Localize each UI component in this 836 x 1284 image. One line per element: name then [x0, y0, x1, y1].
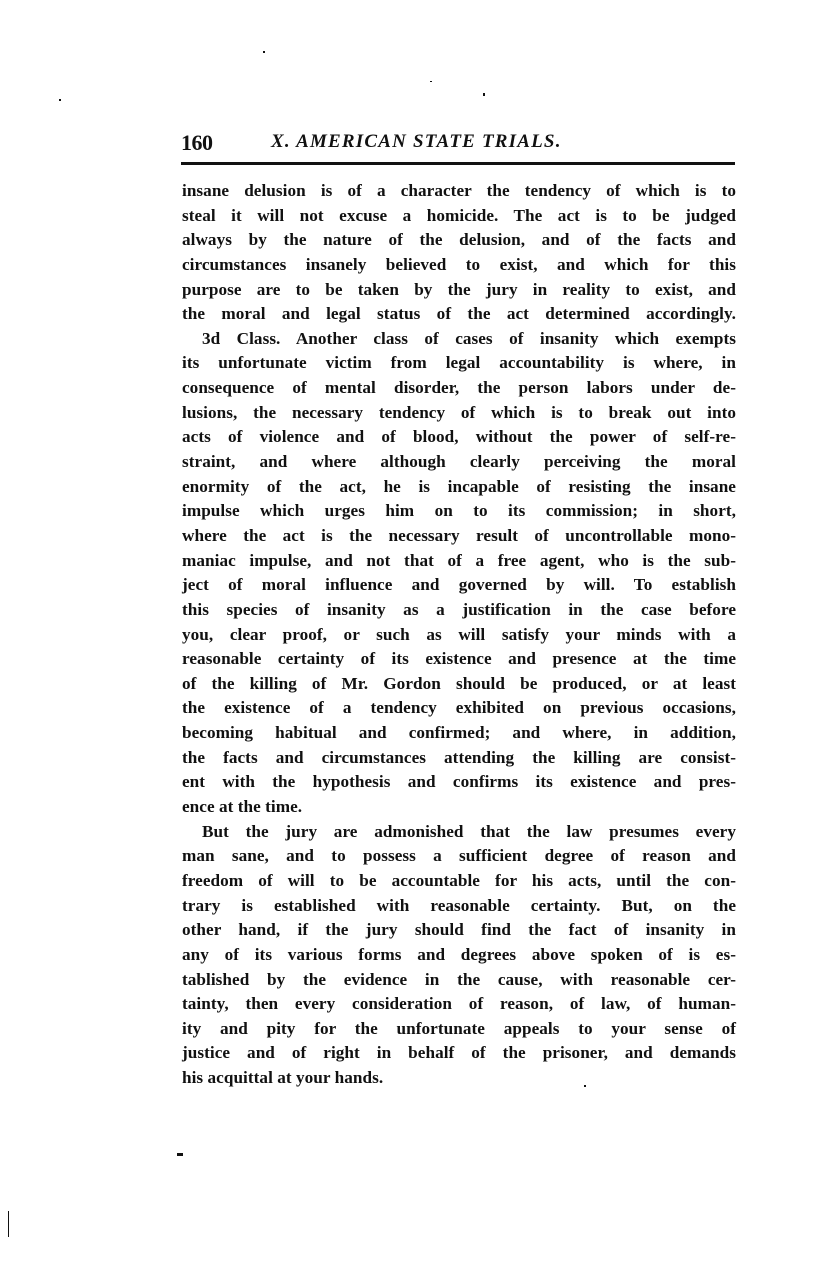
text-line: acts of violence and of blood, without t…	[182, 425, 736, 450]
text-line: tablished by the evidence in the cause, …	[182, 968, 736, 993]
text-line: this species of insanity as a justificat…	[182, 598, 736, 623]
text-line: ject of moral influence and governed by …	[182, 573, 736, 598]
scan-speck	[483, 93, 485, 96]
paragraph: insane delusion is of a character the te…	[182, 179, 736, 327]
text-line: always by the nature of the delusion, an…	[182, 228, 736, 253]
text-line: his acquittal at your hands.	[182, 1066, 736, 1091]
text-line: the moral and legal status of the act de…	[182, 302, 736, 327]
paragraph: 3d Class. Another class of cases of insa…	[182, 327, 736, 820]
margin-binding-mark	[8, 1211, 9, 1237]
text-line: ity and pity for the unfortunate appeals…	[182, 1017, 736, 1042]
text-line: any of its various forms and degrees abo…	[182, 943, 736, 968]
body-text: insane delusion is of a character the te…	[182, 179, 736, 1091]
running-head-title: X. AMERICAN STATE TRIALS.	[271, 131, 562, 153]
paragraph: But the jury are admonished that the law…	[182, 820, 736, 1091]
scanned-book-page: 160 X. AMERICAN STATE TRIALS. insane del…	[0, 0, 836, 1284]
text-line: where the act is the necessary result of…	[182, 524, 736, 549]
text-line: enormity of the act, he is incapable of …	[182, 475, 736, 500]
text-line: purpose are to be taken by the jury in r…	[182, 278, 736, 303]
page-number: 160	[181, 130, 213, 156]
text-line: consequence of mental disorder, the pers…	[182, 376, 736, 401]
text-line: becoming habitual and confirmed; and whe…	[182, 721, 736, 746]
text-line: impulse which urges him on to its commis…	[182, 499, 736, 524]
text-line: 3d Class. Another class of cases of insa…	[182, 327, 736, 352]
text-line: reasonable certainty of its existence an…	[182, 647, 736, 672]
text-line: ence at the time.	[182, 795, 736, 820]
text-line: you, clear proof, or such as will satisf…	[182, 623, 736, 648]
text-line: lusions, the necessary tendency of which…	[182, 401, 736, 426]
text-line: other hand, if the jury should find the …	[182, 918, 736, 943]
text-line: of the killing of Mr. Gordon should be p…	[182, 672, 736, 697]
text-line: the existence of a tendency exhibited on…	[182, 696, 736, 721]
text-line: circumstances insanely believed to exist…	[182, 253, 736, 278]
text-line: straint, and where although clearly perc…	[182, 450, 736, 475]
scan-speck	[59, 99, 61, 101]
text-line: justice and of right in behalf of the pr…	[182, 1041, 736, 1066]
text-line: the facts and circumstances attending th…	[182, 746, 736, 771]
text-line: ent with the hypothesis and confirms its…	[182, 770, 736, 795]
scan-speck	[263, 51, 265, 53]
text-line: its unfortunate victim from legal accoun…	[182, 351, 736, 376]
text-line: insane delusion is of a character the te…	[182, 179, 736, 204]
scan-speck	[430, 81, 432, 82]
text-line: But the jury are admonished that the law…	[182, 820, 736, 845]
text-line: maniac impulse, and not that of a free a…	[182, 549, 736, 574]
text-line: steal it will not excuse a homicide. The…	[182, 204, 736, 229]
running-header: 160 X. AMERICAN STATE TRIALS.	[181, 130, 736, 162]
text-line: tainty, then every consideration of reas…	[182, 992, 736, 1017]
text-line: trary is established with reasonable cer…	[182, 894, 736, 919]
text-line: man sane, and to possess a sufficient de…	[182, 844, 736, 869]
header-rule	[181, 162, 735, 165]
scan-speck	[177, 1153, 183, 1156]
text-line: freedom of will to be accountable for hi…	[182, 869, 736, 894]
